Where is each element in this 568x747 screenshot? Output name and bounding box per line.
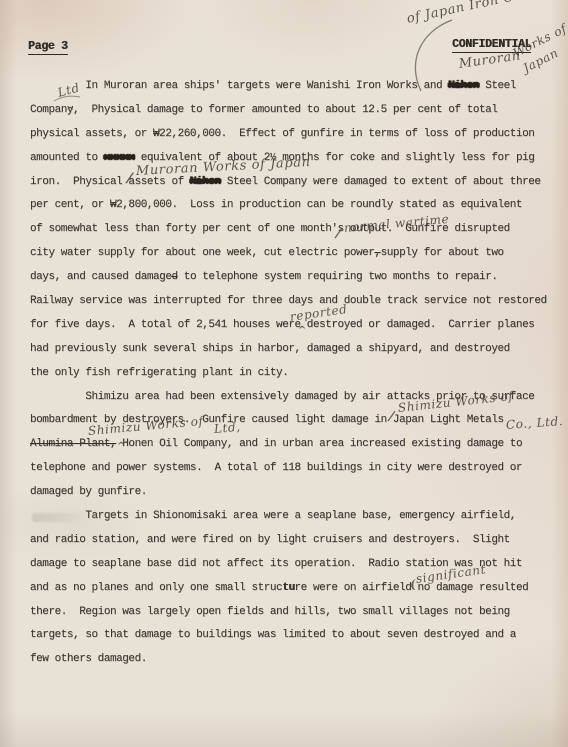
typed-text-segment: bombardment by destroyers. Gunfire cause… [30, 414, 504, 426]
typed-text-segment: to telephone system requiring two months… [178, 271, 498, 283]
typed-text-segment: for five days. A total of 2,541 houses w… [30, 319, 534, 331]
typed-text-segment: per cent, or ₩2,800,000. Loss in product… [30, 199, 522, 211]
page-number-label: Page 3 [28, 40, 68, 55]
typed-line: few others damaged. [30, 648, 568, 672]
typed-text: In Muroran area ships' targets were Wani… [30, 75, 568, 672]
typed-text-segment: Railway service was interrupted for thre… [30, 295, 547, 307]
typed-text-segment: damage to seaplane base did not affect i… [30, 558, 522, 570]
typed-text-segment: damaged by gunfire. [30, 486, 147, 498]
erased-pencil-smudge [32, 513, 84, 522]
typed-text-segment: Company, Physical damage to former amoun… [30, 104, 497, 116]
typed-text-segment: city water supply for about one week, cu… [30, 247, 374, 259]
typed-line: there. Region was largely open fields an… [30, 601, 568, 625]
typed-line: days, and caused damaged to telephone sy… [30, 266, 568, 290]
typed-line: Shimizu area had been extensively damage… [30, 386, 568, 410]
typed-strikethrough-text: Alumina Plant, [30, 438, 116, 450]
typed-text-segment: Honen Oil Company, and in urban area inc… [116, 438, 522, 450]
typed-struck-out-text: Nihon [190, 176, 221, 188]
typed-line: Targets in Shionomisaki area were a seap… [30, 505, 568, 529]
typed-text-segment: supply for about two [381, 247, 504, 259]
typed-line: had previously sunk several ships in har… [30, 338, 568, 362]
typed-text-segment: of somewhat less than forty per cent of … [30, 223, 510, 235]
typed-text-segment: few others damaged. [30, 653, 147, 665]
typed-line: Railway service was interrupted for thre… [30, 290, 568, 314]
typed-line: damaged by gunfire. [30, 481, 568, 505]
typed-struck-out-text: xxxxx [104, 152, 135, 164]
typed-text-segment: and radio station, and were fired on by … [30, 534, 510, 546]
confidential-stamp: CONFIDENTIAL [452, 38, 531, 53]
typed-line: telephone and power systems. A total of … [30, 457, 568, 481]
typed-line: of somewhat less than forty per cent of … [30, 218, 568, 242]
typed-text-segment: and as no planes and only one small stru… [30, 582, 282, 594]
typed-line: bombardment by destroyers. Gunfire cause… [30, 409, 568, 433]
document-page: Page 3 CONFIDENTIAL In Muroran area ship… [0, 0, 568, 747]
typed-text-segment: had previously sunk several ships in har… [30, 343, 510, 355]
typed-line: for five days. A total of 2,541 houses w… [30, 314, 568, 338]
typed-struck-out-text: Nihon [448, 80, 479, 92]
typed-text-segment: physical assets, or ₩22,260,000. Effect … [30, 128, 534, 140]
typed-text-segment: Targets in Shionomisaki area were a seap… [30, 510, 516, 522]
hw-of-japan-iron-co-ltd: of Japan Iron Co., Ltd [405, 0, 560, 27]
typed-text-segment: Steel [479, 80, 516, 92]
typed-line: city water supply for about one week, cu… [30, 242, 568, 266]
typed-line: and as no planes and only one small stru… [30, 577, 568, 601]
typed-text-segment: telephone and power systems. A total of … [30, 462, 522, 474]
typed-text-segment: days, and caused damage [30, 271, 171, 283]
typed-text-segment: re were on airfield no damage resulted [295, 582, 529, 594]
typed-text-segment: the only fish refrigerating plant in cit… [30, 367, 288, 379]
typed-line: targets, so that damage to buildings was… [30, 624, 568, 648]
typed-line: physical assets, or ₩22,260,000. Effect … [30, 123, 568, 147]
typed-text-segment: In Muroran area ships' targets were Wani… [30, 80, 448, 92]
typed-text-segment: equivalent of about 2½ months for coke a… [135, 152, 535, 164]
typed-line: Company, Physical damage to former amoun… [30, 99, 568, 123]
typed-overtyped-text: tu [282, 582, 294, 594]
typed-line: Alumina Plant, Honen Oil Company, and in… [30, 433, 568, 457]
typed-text-segment: amounted to [30, 152, 104, 164]
typed-line: the only fish refrigerating plant in cit… [30, 362, 568, 386]
typed-text-segment: targets, so that damage to buildings was… [30, 629, 516, 641]
typed-text-segment: iron. Physical assets of [30, 176, 190, 188]
typed-text-segment: Shimizu area had been extensively damage… [30, 391, 534, 403]
typed-line: per cent, or ₩2,800,000. Loss in product… [30, 194, 568, 218]
typed-line: damage to seaplane base did not affect i… [30, 553, 568, 577]
typed-text-segment: Steel Company were damaged to extent of … [221, 176, 541, 188]
typed-line: iron. Physical assets of Nihon Steel Com… [30, 171, 568, 195]
typed-line: amounted to xxxxx equivalent of about 2½… [30, 147, 568, 171]
typed-line: and radio station, and were fired on by … [30, 529, 568, 553]
typed-text-segment: there. Region was largely open fields an… [30, 606, 510, 618]
typed-line: In Muroran area ships' targets were Wani… [30, 75, 568, 99]
